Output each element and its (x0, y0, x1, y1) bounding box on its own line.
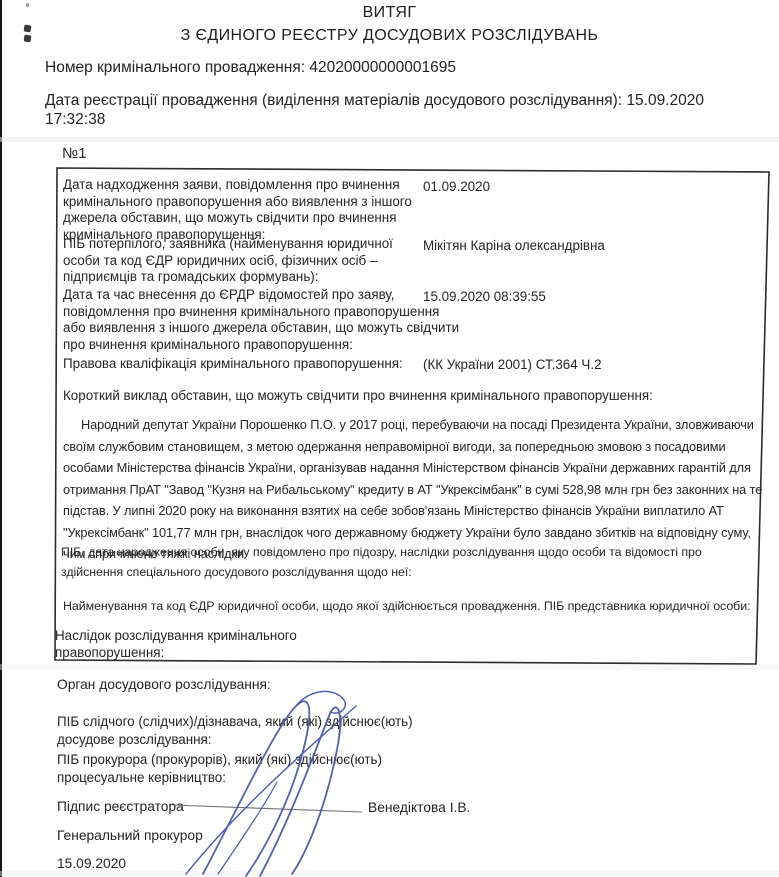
registration-date-label: Дата реєстрації провадження (виділення м… (45, 92, 622, 109)
record-number: №1 (62, 145, 86, 162)
table-row-label: Дата та час внесення до ЄРДР відомостей … (63, 287, 461, 353)
table-row-value: 15.09.2020 08:39:55 (423, 289, 546, 306)
case-number-value: 42020000000001695 (309, 59, 456, 76)
scanned-document-page: { "document": { "title_line1": "ВИТЯГ", … (0, 0, 779, 877)
case-number-label: Номер кримінального провадження: (45, 59, 305, 76)
document-title-line1: ВИТЯГ (0, 4, 779, 22)
registrar-position: Генеральний прокурор (57, 827, 203, 846)
prosecutor-label: ПІБ прокурора (прокурорів), який (які) з… (57, 751, 417, 787)
registrar-name: Венедіктова І.В. (368, 799, 470, 818)
investigation-body-label: Орган досудового розслідування: (57, 676, 271, 695)
document-title-line2: З ЄДИНОГО РЕЄСТРУ ДОСУДОВИХ РОЗСЛІДУВАНЬ (0, 27, 779, 45)
table-row-value: Мікітян Каріна олександрівна (423, 238, 605, 255)
register-record-table: Дата надходження заяви, повідомлення про… (57, 168, 769, 664)
scan-artifact-band (0, 137, 779, 142)
investigator-label: ПІБ слідчого (слідчих)/дізнавача, який (… (57, 713, 457, 749)
legal-entity-heading: Найменування та код ЄДР юридичної особи,… (63, 596, 769, 616)
table-row-label: ПІБ потерпілого, заявника (найменування … (63, 236, 425, 286)
result-heading: Наслідок розслідування кримінального пра… (55, 628, 305, 661)
signature-line (172, 805, 362, 812)
table-row-value: 01.09.2020 (423, 179, 490, 196)
registrar-signature-label: Підпис реєстратора (57, 798, 184, 817)
scan-left-edge-line (0, 0, 2, 877)
table-row-label: Дата надходження заяви, повідомлення про… (63, 177, 421, 243)
table-row-label: Правова кваліфікація кримінального право… (63, 356, 425, 373)
case-number-line: Номер кримінального провадження: 4202000… (45, 58, 765, 77)
suspect-heading: ПІБ, дата народження особи, яку повідомл… (61, 542, 763, 582)
registration-date-line: Дата реєстрації провадження (виділення м… (45, 91, 755, 129)
summary-heading: Короткий виклад обставин, що можуть свід… (63, 388, 758, 405)
table-row-value: (КК України 2001) СТ.364 Ч.2 (423, 357, 602, 374)
scan-artifact-band (0, 664, 779, 670)
document-date: 15.09.2020 (57, 855, 126, 874)
